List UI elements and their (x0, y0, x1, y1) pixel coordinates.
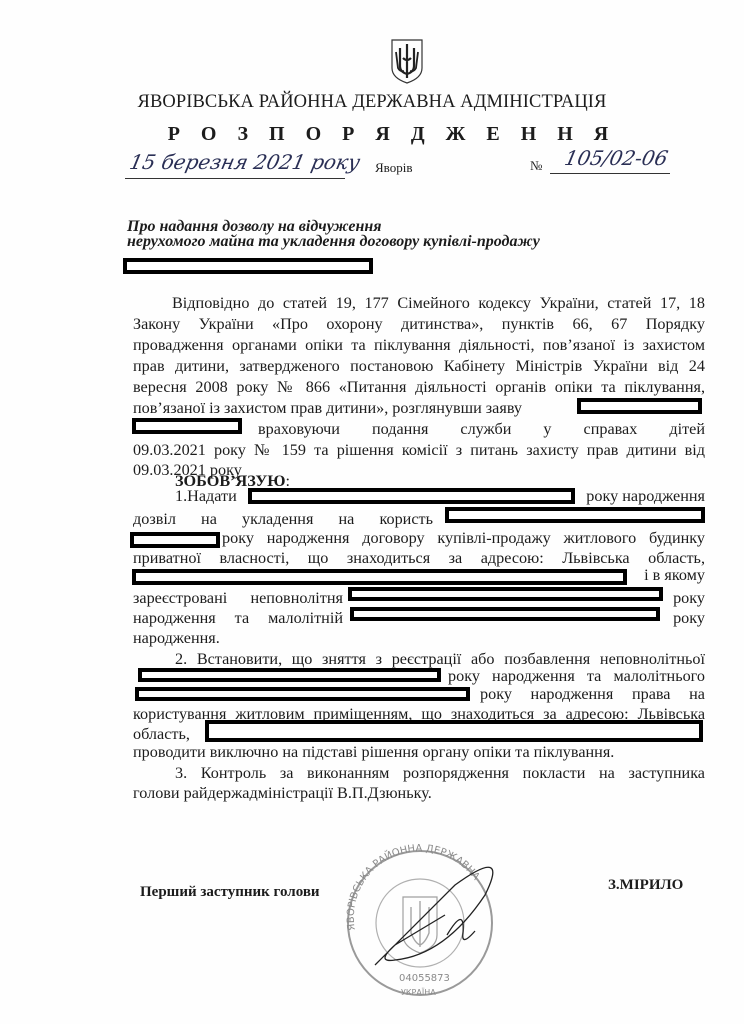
redacted-minor-2 (350, 607, 660, 621)
signatory-name: З.МІРИЛО (608, 877, 683, 894)
preamble-line-4: прав дитини, затвердженого постановою Ка… (133, 357, 705, 376)
svg-text:ЯВОРІВСЬКА РАЙОННА ДЕРЖАВНА: ЯВОРІВСЬКА РАЙОННА ДЕРЖАВНА (346, 843, 482, 931)
item1-line6-end: року (665, 589, 705, 608)
preamble-line-6: пов’язаної із захистом прав дитини», роз… (133, 399, 553, 418)
item1-line2: дозвіл на укладення на користь (133, 510, 433, 529)
redacted-name (123, 258, 373, 274)
preamble-line-3: провадження органами опіки та піклування… (133, 336, 705, 355)
item3-line1: 3. Контроль за виконанням розпорядження … (175, 764, 705, 783)
trident-coat-of-arms-icon (390, 38, 424, 84)
stamp-outer-text: ЯВОРІВСЬКА РАЙОННА ДЕРЖАВНА (346, 843, 482, 931)
redacted-minor-2-item2 (135, 687, 470, 701)
organization-name: ЯВОРІВСЬКА РАЙОННА ДЕРЖАВНА АДМІНІСТРАЦІ… (0, 92, 744, 113)
item2-line6: проводити виключно на підставі рішення о… (133, 743, 705, 762)
redacted-minor-1 (348, 587, 663, 601)
item1-line7-end: року (665, 609, 705, 628)
item1-line4: приватної власності, що знаходиться за а… (133, 549, 705, 568)
item1-line5-end: і в якому (635, 566, 705, 585)
place-name: Яворів (375, 160, 412, 176)
official-stamp-icon: ЯВОРІВСЬКА РАЙОННА ДЕРЖАВНА 04055873 УКР… (335, 835, 505, 1005)
item2-line2-end: року народження та малолітнього (448, 667, 705, 686)
redacted-address (132, 569, 627, 585)
redacted-applicant-cont (132, 418, 242, 434)
item1-line3: року народження договору купівлі-продажу… (222, 529, 705, 548)
redacted-seller (248, 488, 575, 504)
redacted-address-item2 (205, 720, 703, 742)
redacted-buyer-dob (130, 532, 220, 548)
preamble-line-5: вересня 2008 року № 866 «Питання діяльно… (133, 378, 705, 397)
document-page: ЯВОРІВСЬКА РАЙОННА ДЕРЖАВНА АДМІНІСТРАЦІ… (0, 0, 744, 1024)
redacted-applicant (577, 398, 702, 414)
stamp-country: УКРАЇНА (401, 987, 436, 997)
item1-line8: народження. (133, 629, 705, 648)
item2-line3-end: року народження права на (480, 685, 705, 704)
preamble-line-7: враховуючи подання служби у справах діте… (258, 420, 705, 439)
document-type-title: Р О З П О Р Я Д Ж Е Н Н Я (0, 123, 744, 146)
number-underline (550, 173, 670, 174)
signatory-position: Перший заступник голови (140, 884, 320, 901)
preamble-line-1: Відповідно до статей 19, 177 Сімейного к… (172, 294, 705, 313)
item3-line2: голови райдержадміністрації В.П.Дзюньку. (133, 784, 705, 803)
stamp-code: 04055873 (399, 973, 450, 984)
item1-line7-start: народження та малолітній (133, 609, 343, 628)
item1-line1-end: року народження (578, 487, 705, 506)
preamble-line-8: 09.03.2021 року № 159 та рішення комісії… (133, 441, 705, 460)
number-label: № (530, 158, 542, 174)
redacted-minor-1-item2 (138, 668, 441, 682)
handwritten-date: 15 березня 2021 року (127, 150, 362, 174)
redacted-buyer (445, 507, 705, 523)
preamble-line-2: Закону України «Про охорону дитинства», … (133, 315, 705, 334)
subject-line-2: нерухомого майна та укладення договору к… (127, 233, 540, 251)
date-underline (125, 178, 345, 179)
item1-line6-start: зареєстровані неповнолітня (133, 589, 343, 608)
handwritten-number: 105/02-06 (562, 146, 670, 170)
